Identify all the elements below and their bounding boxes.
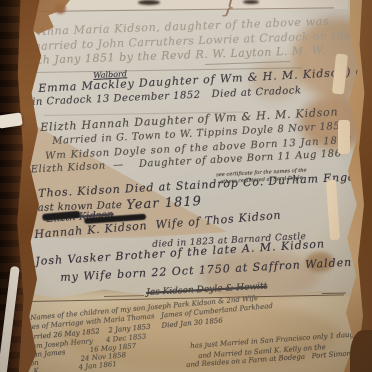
torn-paper-fragment [338,120,350,154]
ink-brace-mark: } [221,0,236,19]
torn-paper-fragment [326,180,340,241]
cutoff-writing-mark [243,0,259,4]
handwriting-line: Year 1819 [126,194,202,213]
photo-of-handwritten-register-page: } ✓ Anna Maria Kidson, daughter of the a… [0,0,372,372]
cutoff-writing-mark [138,0,160,5]
torn-paper-corner-bottom-right [350,330,372,372]
